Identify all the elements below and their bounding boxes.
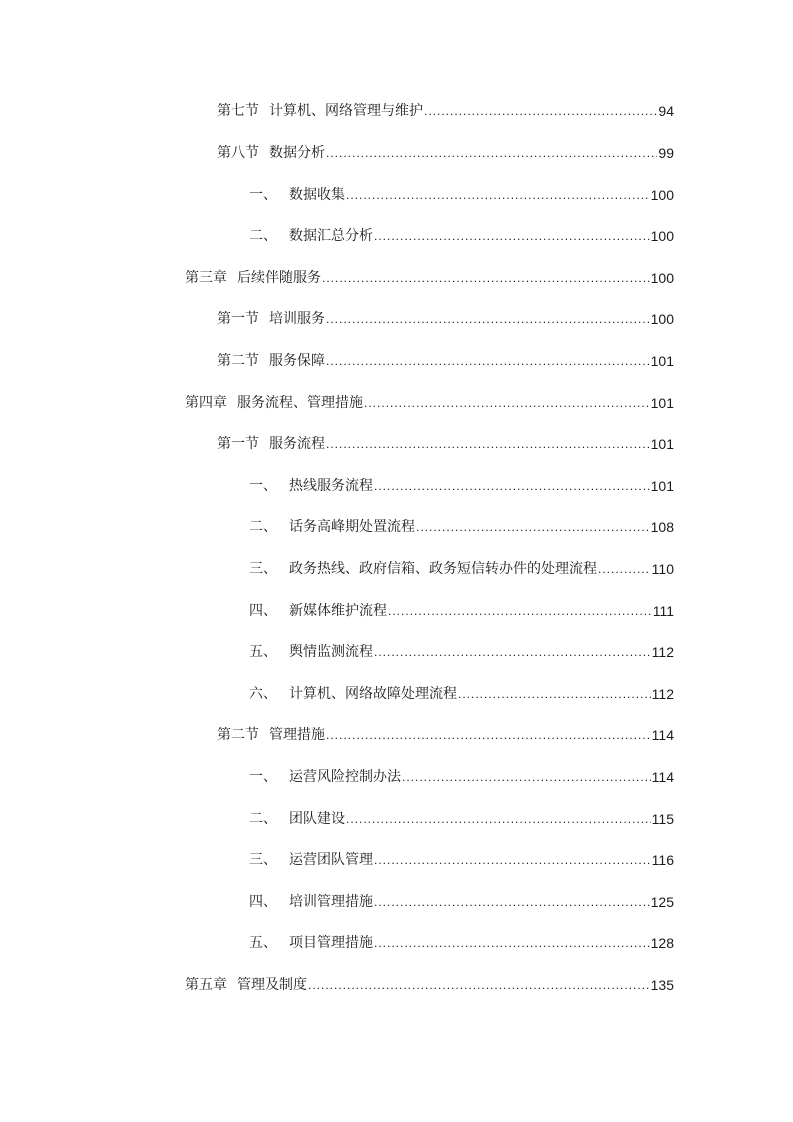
toc-entry[interactable]: 二、数据汇总分析100 bbox=[249, 226, 674, 246]
dot-leader bbox=[424, 101, 657, 121]
entry-number: 第一节 bbox=[217, 434, 269, 454]
dot-leader bbox=[416, 517, 650, 537]
page-number: 100 bbox=[651, 185, 674, 205]
page-number: 99 bbox=[658, 143, 674, 163]
entry-title: 管理及制度 bbox=[237, 975, 307, 995]
page-number: 101 bbox=[651, 393, 674, 413]
entry-title: 新媒体维护流程 bbox=[289, 601, 387, 621]
entry-number: 第七节 bbox=[217, 101, 269, 121]
entry-number: 三、 bbox=[249, 559, 289, 579]
entry-title: 培训管理措施 bbox=[289, 892, 373, 912]
toc-entry[interactable]: 第一节服务流程101 bbox=[217, 434, 674, 454]
toc-entry[interactable]: 五、舆情监测流程112 bbox=[249, 642, 674, 662]
entry-number: 第八节 bbox=[217, 143, 269, 163]
page-number: 125 bbox=[651, 892, 674, 912]
toc-entry[interactable]: 四、培训管理措施125 bbox=[249, 892, 674, 912]
page-number: 108 bbox=[651, 517, 674, 537]
toc-entry[interactable]: 第四章服务流程、管理措施101 bbox=[185, 393, 674, 413]
entry-title: 管理措施 bbox=[269, 725, 325, 745]
page-number: 94 bbox=[658, 101, 674, 121]
dot-leader bbox=[326, 143, 657, 163]
entry-number: 二、 bbox=[249, 517, 289, 537]
page-number: 111 bbox=[653, 601, 674, 621]
toc-entry[interactable]: 四、新媒体维护流程111 bbox=[249, 601, 674, 621]
entry-title: 培训服务 bbox=[269, 309, 325, 329]
page-number: 115 bbox=[652, 809, 674, 829]
entry-number: 第二节 bbox=[217, 725, 269, 745]
toc-entry[interactable]: 第二节管理措施114 bbox=[217, 725, 674, 745]
entry-number: 第三章 bbox=[185, 268, 237, 288]
entry-title: 计算机、网络管理与维护 bbox=[269, 101, 423, 121]
entry-number: 五、 bbox=[249, 933, 289, 953]
page-number: 101 bbox=[651, 351, 674, 371]
dot-leader bbox=[326, 351, 650, 371]
page-number: 112 bbox=[652, 684, 674, 704]
entry-title: 项目管理措施 bbox=[289, 933, 373, 953]
toc-entry[interactable]: 三、政务热线、政府信箱、政务短信转办件的处理流程110 bbox=[249, 559, 674, 579]
toc-entry[interactable]: 第五章管理及制度135 bbox=[185, 975, 674, 995]
page-number: 101 bbox=[651, 476, 674, 496]
entry-title: 服务保障 bbox=[269, 351, 325, 371]
page-number: 101 bbox=[651, 434, 674, 454]
entry-title: 后续伴随服务 bbox=[237, 268, 321, 288]
entry-title: 数据分析 bbox=[269, 143, 325, 163]
dot-leader bbox=[374, 850, 651, 870]
entry-title: 话务高峰期处置流程 bbox=[289, 517, 415, 537]
dot-leader bbox=[364, 393, 650, 413]
page-number: 100 bbox=[651, 309, 674, 329]
dot-leader bbox=[346, 185, 650, 205]
page-number: 114 bbox=[652, 725, 674, 745]
entry-number: 六、 bbox=[249, 684, 289, 704]
entry-number: 二、 bbox=[249, 809, 289, 829]
dot-leader bbox=[374, 892, 650, 912]
dot-leader bbox=[308, 975, 650, 995]
page-number: 114 bbox=[652, 767, 674, 787]
page-number: 110 bbox=[652, 559, 674, 579]
toc-entry[interactable]: 第三章后续伴随服务100 bbox=[185, 268, 674, 288]
dot-leader bbox=[388, 601, 652, 621]
entry-title: 数据汇总分析 bbox=[289, 226, 373, 246]
entry-number: 第一节 bbox=[217, 309, 269, 329]
toc-entry[interactable]: 第七节计算机、网络管理与维护94 bbox=[217, 101, 674, 121]
page-number: 116 bbox=[652, 850, 674, 870]
dot-leader bbox=[458, 684, 651, 704]
entry-title: 服务流程 bbox=[269, 434, 325, 454]
toc-entry[interactable]: 第八节数据分析99 bbox=[217, 143, 674, 163]
page-number: 112 bbox=[652, 642, 674, 662]
entry-title: 运营风险控制办法 bbox=[289, 767, 401, 787]
dot-leader bbox=[322, 268, 650, 288]
entry-number: 一、 bbox=[249, 185, 289, 205]
entry-title: 热线服务流程 bbox=[289, 476, 373, 496]
toc-entry[interactable]: 二、团队建设115 bbox=[249, 809, 674, 829]
entry-title: 计算机、网络故障处理流程 bbox=[289, 684, 457, 704]
page-number: 128 bbox=[651, 933, 674, 953]
entry-number: 三、 bbox=[249, 850, 289, 870]
entry-number: 第四章 bbox=[185, 393, 237, 413]
page-number: 135 bbox=[651, 975, 674, 995]
toc-entry[interactable]: 一、数据收集100 bbox=[249, 185, 674, 205]
dot-leader bbox=[402, 767, 651, 787]
entry-number: 第五章 bbox=[185, 975, 237, 995]
dot-leader bbox=[326, 434, 650, 454]
dot-leader bbox=[326, 725, 651, 745]
toc-entry[interactable]: 第一节培训服务100 bbox=[217, 309, 674, 329]
page-number: 100 bbox=[651, 268, 674, 288]
entry-number: 一、 bbox=[249, 767, 289, 787]
entry-number: 一、 bbox=[249, 476, 289, 496]
toc-entry[interactable]: 一、运营风险控制办法114 bbox=[249, 767, 674, 787]
entry-number: 五、 bbox=[249, 642, 289, 662]
entry-number: 二、 bbox=[249, 226, 289, 246]
entry-number: 四、 bbox=[249, 601, 289, 621]
entry-number: 第二节 bbox=[217, 351, 269, 371]
toc-entry[interactable]: 二、话务高峰期处置流程108 bbox=[249, 517, 674, 537]
toc-entry[interactable]: 六、计算机、网络故障处理流程112 bbox=[249, 684, 674, 704]
entry-title: 舆情监测流程 bbox=[289, 642, 373, 662]
entry-title: 政务热线、政府信箱、政务短信转办件的处理流程 bbox=[289, 559, 597, 579]
entry-title: 运营团队管理 bbox=[289, 850, 373, 870]
dot-leader bbox=[374, 226, 650, 246]
toc-entry[interactable]: 五、项目管理措施128 bbox=[249, 933, 674, 953]
dot-leader bbox=[374, 476, 650, 496]
toc-entry[interactable]: 一、热线服务流程101 bbox=[249, 476, 674, 496]
entry-title: 服务流程、管理措施 bbox=[237, 393, 363, 413]
dot-leader bbox=[346, 809, 651, 829]
entry-title: 团队建设 bbox=[289, 809, 345, 829]
dot-leader bbox=[598, 559, 651, 579]
dot-leader bbox=[374, 933, 650, 953]
toc-entry[interactable]: 三、运营团队管理116 bbox=[249, 850, 674, 870]
dot-leader bbox=[374, 642, 651, 662]
entry-number: 四、 bbox=[249, 892, 289, 912]
page-number: 100 bbox=[651, 226, 674, 246]
toc-entry[interactable]: 第二节服务保障101 bbox=[217, 351, 674, 371]
dot-leader bbox=[326, 309, 650, 329]
entry-title: 数据收集 bbox=[289, 185, 345, 205]
